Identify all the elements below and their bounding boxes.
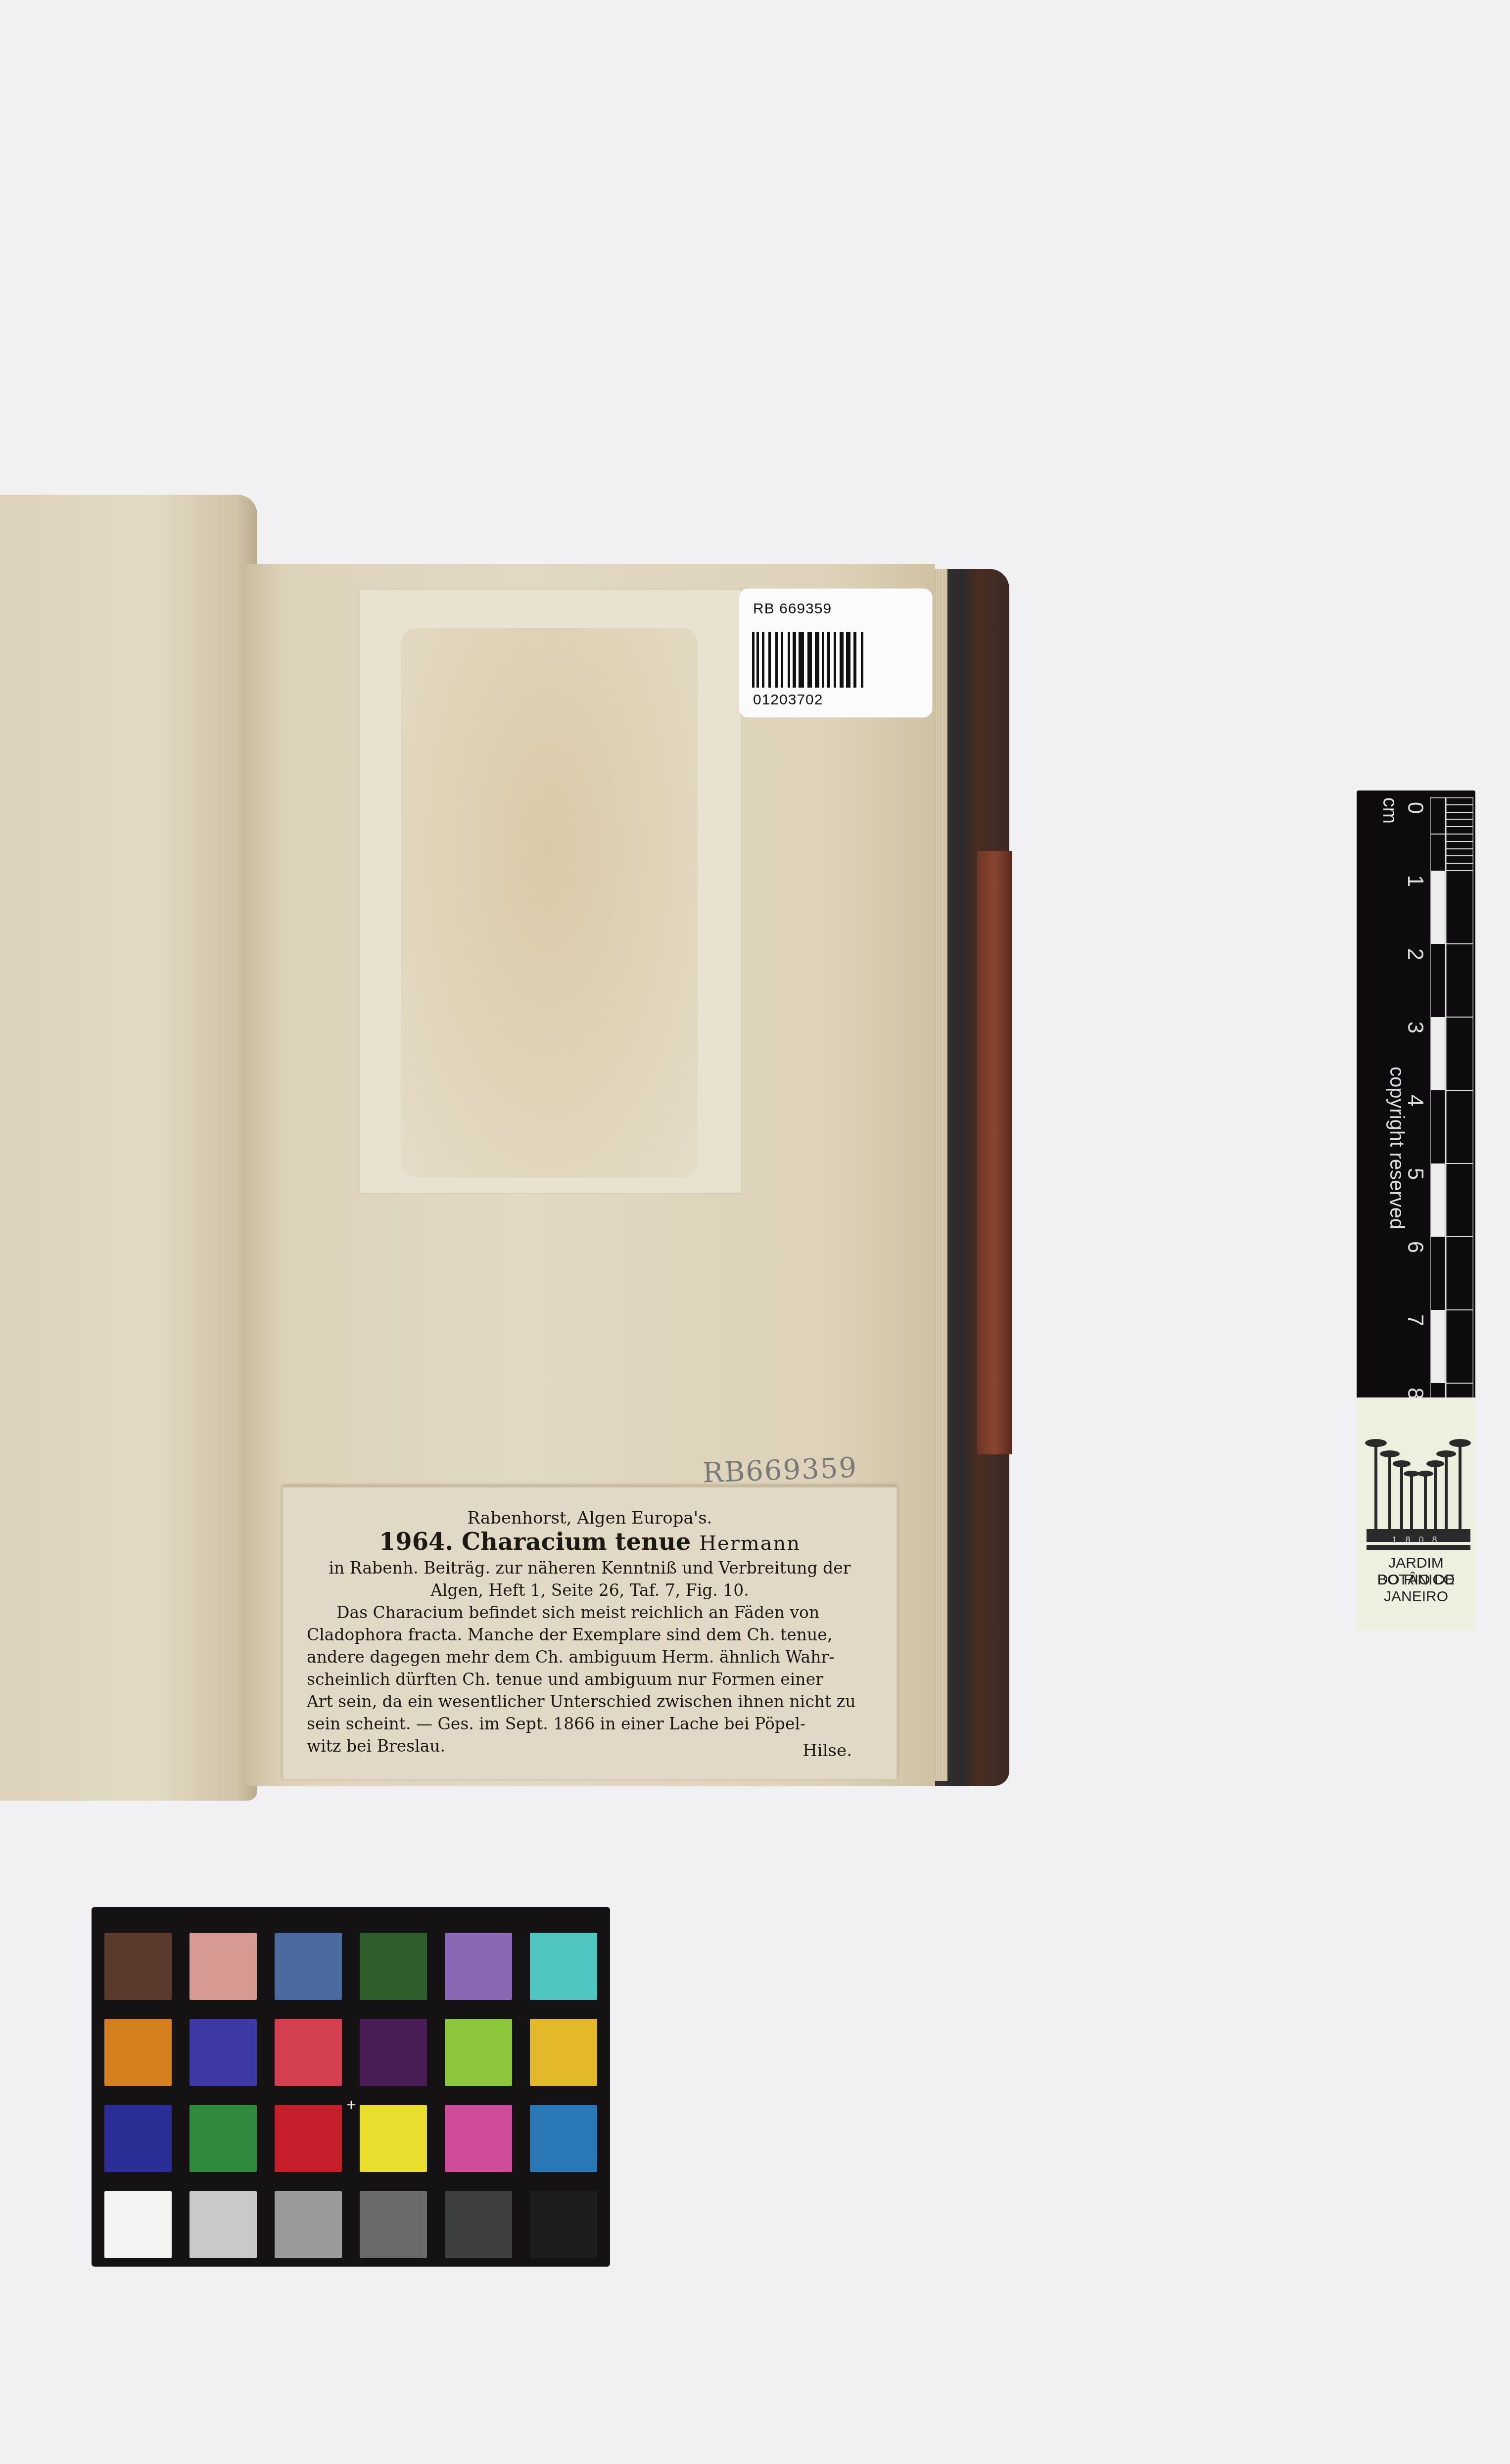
color-swatch: [445, 2105, 512, 2172]
label-description: in Rabenh. Beiträg. zur näheren Kenntniß…: [307, 1557, 873, 1757]
color-swatch: [530, 2105, 597, 2172]
barcode-number: 01203702: [753, 692, 823, 708]
scale-tick-label: 2: [1403, 945, 1427, 963]
book-cover-leather: [977, 851, 1012, 1454]
color-swatch: [275, 2019, 342, 2086]
color-swatch: [530, 2019, 597, 2086]
color-swatch: [104, 2191, 172, 2258]
crosshair-icon: +: [344, 2097, 359, 2112]
jardim-botanico-logo: 1 8 0 8 JARDIM BOTÂNICO DO RIO DE JANEIR…: [1357, 1397, 1475, 1630]
color-swatch: [104, 2105, 172, 2172]
label-line: andere dagegen mehr dem Ch. ambiguum Her…: [307, 1646, 873, 1668]
color-swatch: [530, 1933, 597, 2000]
scale-tick-label: 7: [1403, 1311, 1427, 1329]
color-swatch: [104, 2019, 172, 2086]
label-line: Art sein, da ein wesentlicher Unterschie…: [307, 1690, 873, 1713]
label-line: sein scheint. — Ges. im Sept. 1866 in ei…: [307, 1713, 873, 1735]
scale-tick-label: 0: [1403, 799, 1427, 817]
barcode-label: RB 669359 01203702: [739, 589, 932, 717]
scale-tick-label: 3: [1403, 1019, 1427, 1036]
color-swatch: [360, 1933, 427, 2000]
color-swatch: [275, 1933, 342, 2000]
specimen-stain: [401, 628, 698, 1177]
color-swatch: [445, 1933, 512, 2000]
color-swatch: [445, 2191, 512, 2258]
label-line: Das Characium befindet sich meist reichl…: [307, 1601, 873, 1624]
logo-line2: DO RIO DE JANEIRO: [1357, 1572, 1475, 1605]
color-swatch: [360, 2105, 427, 2172]
barcode-icon: [752, 632, 920, 688]
color-swatch: [104, 1933, 172, 2000]
taxon-author: Hermann: [699, 1532, 801, 1555]
color-swatch: [530, 2191, 597, 2258]
logo-year: 1 8 0 8: [1357, 1532, 1475, 1548]
taxon-name: Characium tenue: [462, 1528, 691, 1556]
color-swatch: [275, 2191, 342, 2258]
color-swatch: [189, 2191, 257, 2258]
color-swatch: [189, 2019, 257, 2086]
label-line: in Rabenh. Beiträg. zur näheren Kenntniß…: [307, 1557, 873, 1579]
collector-name: Hilse.: [802, 1741, 852, 1761]
color-swatch: [189, 2105, 257, 2172]
color-swatch: [360, 2019, 427, 2086]
exsiccata-series: Rabenhorst, Algen Europa's.: [283, 1508, 897, 1528]
left-book-page: [0, 495, 257, 1801]
color-checker-card: [92, 1907, 610, 2267]
scale-track: [1430, 797, 1473, 1040]
scale-tick-label: 1: [1403, 872, 1427, 890]
label-line: witz bei Breslau.: [307, 1735, 873, 1757]
color-swatch: [189, 1933, 257, 2000]
scale-unit: cm: [1378, 797, 1401, 824]
color-swatch: [275, 2105, 342, 2172]
exsiccata-number: 1964.: [379, 1528, 453, 1556]
label-line: Algen, Heft 1, Seite 26, Taf. 7, Fig. 10…: [307, 1579, 873, 1601]
specimen-label: Rabenhorst, Algen Europa's. 1964. Charac…: [282, 1487, 897, 1780]
color-swatch: [445, 2019, 512, 2086]
color-swatch: [360, 2191, 427, 2258]
handwritten-catalog-number: RB669359: [702, 1452, 858, 1489]
label-line: Cladophora fracta. Manche der Exemplare …: [307, 1624, 873, 1646]
taxon-heading: 1964. Characium tenue Hermann: [283, 1528, 897, 1556]
label-line: scheinlich dürften Ch. tenue und ambiguu…: [307, 1668, 873, 1690]
catalog-number: RB 669359: [753, 601, 832, 617]
copyright-text: copyright reserved: [1385, 1044, 1408, 1252]
